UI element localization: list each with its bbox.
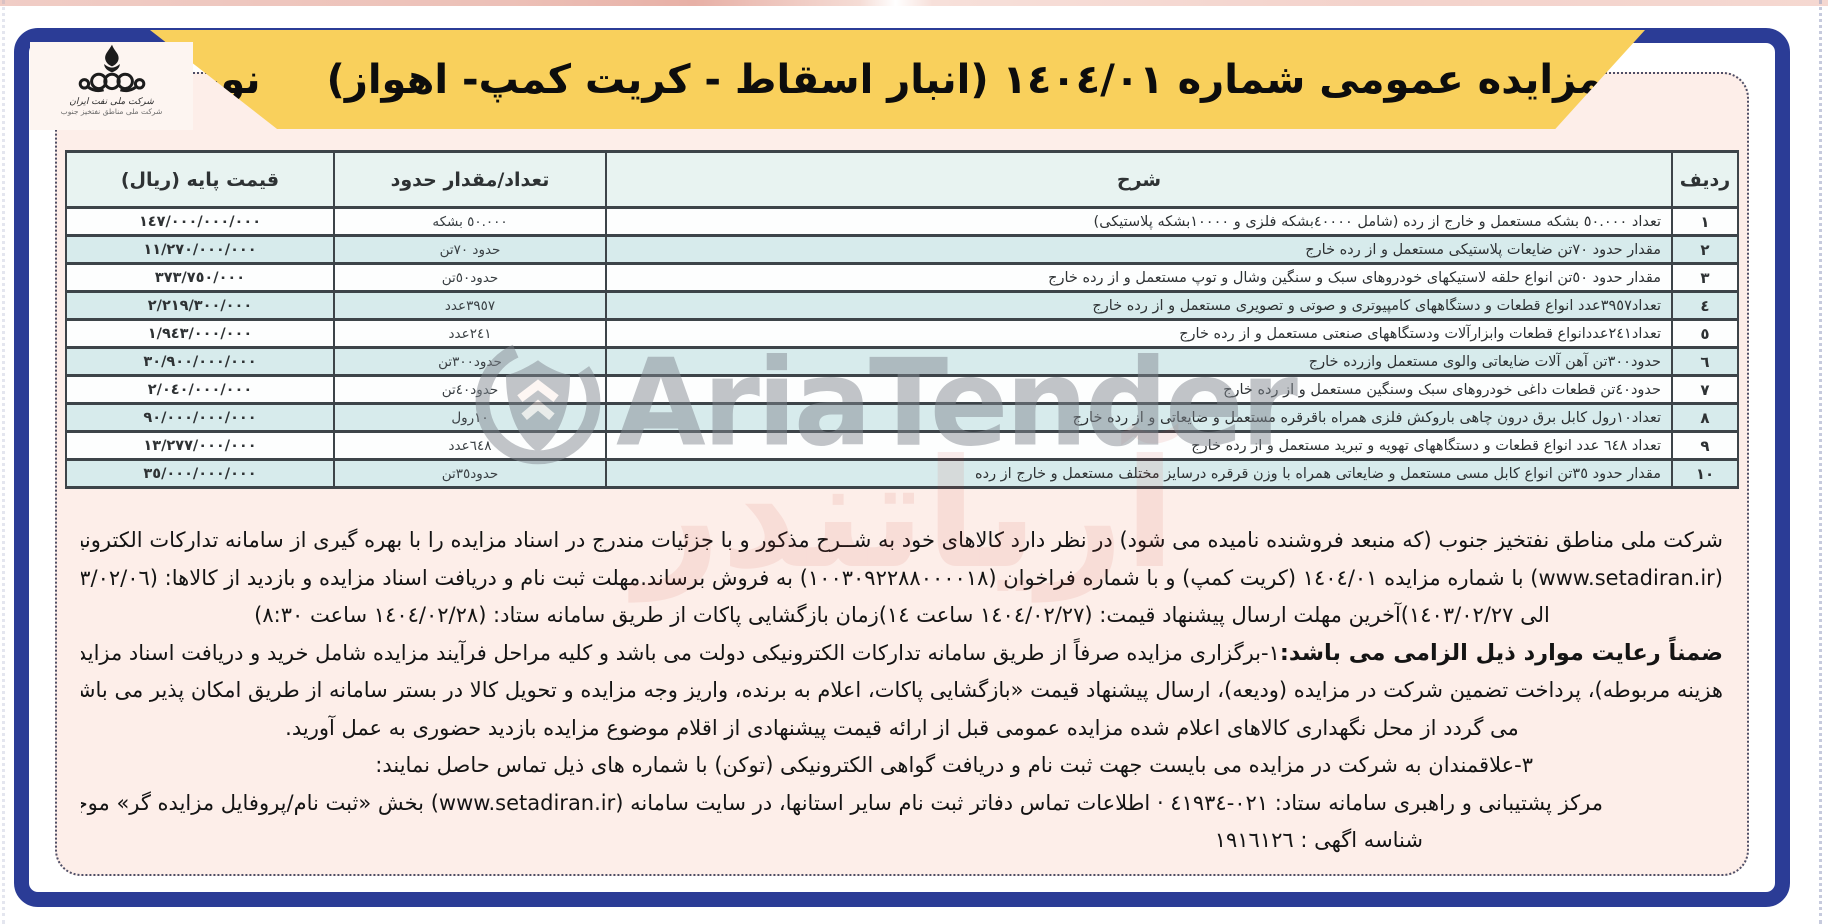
item-description: تعداد ٦٤٨ عدد انواع قطعات و دستگاههای ته… — [606, 432, 1672, 460]
terms-line: ضمناً رعایت موارد ذیل الزامی می باشد:١-ب… — [81, 635, 1723, 673]
item-description: مقدار حدود ٥٠تن انواع حلقه لاستیکهای خود… — [606, 264, 1672, 292]
advert-content-area: ردیف شرح تعداد/مقدار حدود قیمت پایه (ریا… — [55, 72, 1749, 876]
item-description: حدود٤٠تن قطعات داغی خودروهای سبک وسنگین … — [606, 376, 1672, 404]
table-row: ٨تعداد١٠رول کابل برق درون چاهی باروکش فل… — [66, 404, 1738, 432]
row-number: ٥ — [1672, 320, 1738, 348]
item-quantity: ٦٤٨عدد — [334, 432, 606, 460]
col-header-description: شرح — [606, 152, 1672, 208]
scan-top-edge-line — [0, 0, 1828, 6]
item-base-price: ٢/٢١٩/٣٠٠/٠٠٠ — [66, 292, 334, 320]
row-number: ٨ — [1672, 404, 1738, 432]
scan-perforation-right — [1819, 0, 1822, 924]
item-quantity: ٢٤١عدد — [334, 320, 606, 348]
table-header-row: ردیف شرح تعداد/مقدار حدود قیمت پایه (ریا… — [66, 152, 1738, 208]
item-quantity: حدود٥٠تن — [334, 264, 606, 292]
item-base-price: ٩٠/٠٠٠/٠٠٠/٠٠٠ — [66, 404, 334, 432]
item-base-price: ٣٧٣/٧٥٠/٠٠٠ — [66, 264, 334, 292]
nioc-flame-emblem-icon — [76, 44, 148, 96]
terms-line: مرکز پشتیبانی و راهبری سامانه ستاد: ٠٢١-… — [81, 785, 1603, 823]
item-quantity: حدود٤٠تن — [334, 376, 606, 404]
terms-line: شناسه اگهی : ١٩١٦١٢٦ — [81, 822, 1423, 860]
item-base-price: ١١/٢٧٠/٠٠٠/٠٠٠ — [66, 236, 334, 264]
item-quantity: ١٠رول — [334, 404, 606, 432]
row-number: ٧ — [1672, 376, 1738, 404]
auction-advert-scan: { "banner": { "title_main": "آگهی مزایده… — [0, 0, 1828, 924]
item-base-price: ١٣/٢٧٧/٠٠٠/٠٠٠ — [66, 432, 334, 460]
row-number: ٦ — [1672, 348, 1738, 376]
table-row: ٣مقدار حدود ٥٠تن انواع حلقه لاستیکهای خو… — [66, 264, 1738, 292]
terms-line: می گردد از محل نگهداری کالاهای اعلام شده… — [81, 710, 1723, 748]
item-base-price: ١/٩٤٣/٠٠٠/٠٠٠ — [66, 320, 334, 348]
col-header-row-number: ردیف — [1672, 152, 1738, 208]
table-row: ١تعداد ٥٠.٠٠٠ بشکه مستعمل و خارج از رده … — [66, 208, 1738, 236]
terms-line: شرکت ملی مناطق نفتخیز جنوب (که منبعد فرو… — [81, 522, 1723, 560]
item-base-price: ٣٥/٠٠٠/٠٠٠/٠٠٠ — [66, 460, 334, 488]
item-description: تعداد١٠رول کابل برق درون چاهی باروکش فلز… — [606, 404, 1672, 432]
item-description: تعداد٣٩٥٧عدد انواع قطعات و دستگاههای کام… — [606, 292, 1672, 320]
auction-items-table: ردیف شرح تعداد/مقدار حدود قیمت پایه (ریا… — [65, 150, 1739, 489]
item-description: مقدار حدود ٣٥تن انواع کابل مسی مستعمل و … — [606, 460, 1672, 488]
table-row: ٥تعداد٢٤١عددانواع قطعات وابزارآلات ودستگ… — [66, 320, 1738, 348]
table-row: ١٠مقدار حدود ٣٥تن انواع کابل مسی مستعمل … — [66, 460, 1738, 488]
table-row: ٦حدود٣٠٠تن آهن آلات ضایعاتی والوی مستعمل… — [66, 348, 1738, 376]
item-description: تعداد ٥٠.٠٠٠ بشکه مستعمل و خارج از رده (… — [606, 208, 1672, 236]
item-description: مقدار حدود ٧٠تن ضایعات پلاستیکی مستعمل و… — [606, 236, 1672, 264]
logo-caption-subtitle: شرکت ملی مناطق نفتخیز جنوب — [61, 107, 163, 116]
table-row: ٢مقدار حدود ٧٠تن ضایعات پلاستیکی مستعمل … — [66, 236, 1738, 264]
col-header-base-price: قیمت پایه (ریال) — [66, 152, 334, 208]
row-number: ٤ — [1672, 292, 1738, 320]
row-number: ٢ — [1672, 236, 1738, 264]
item-quantity: حدود ٧٠تن — [334, 236, 606, 264]
row-number: ٩ — [1672, 432, 1738, 460]
item-description: حدود٣٠٠تن آهن آلات ضایعاتی والوی مستعمل … — [606, 348, 1672, 376]
item-description: تعداد٢٤١عددانواع قطعات وابزارآلات ودستگا… — [606, 320, 1672, 348]
item-quantity: حدود٣٠٠تن — [334, 348, 606, 376]
terms-line: (www.setadiran.ir) با شماره مزایده ١٤٠٤/… — [81, 560, 1723, 598]
item-base-price: ١٤٧/٠٠٠/٠٠٠/٠٠٠ — [66, 208, 334, 236]
item-base-price: ٢/٠٤٠/٠٠٠/٠٠٠ — [66, 376, 334, 404]
row-number: ٣ — [1672, 264, 1738, 292]
company-logo: شرکت ملی نفت ایران شرکت ملی مناطق نفتخیز… — [30, 42, 193, 130]
item-quantity: ٣٩٥٧عدد — [334, 292, 606, 320]
table-row: ٤تعداد٣٩٥٧عدد انواع قطعات و دستگاههای کا… — [66, 292, 1738, 320]
page-title: آگهی مزایده عمومی شماره ١٤٠٤/٠١ (انبار ا… — [327, 57, 1721, 103]
scan-perforation-left — [2, 0, 5, 924]
terms-line: هزینه مربوطه)، پرداخت تضمین شرکت در مزای… — [81, 672, 1723, 710]
table-row: ٩تعداد ٦٤٨ عدد انواع قطعات و دستگاههای ت… — [66, 432, 1738, 460]
row-number: ١٠ — [1672, 460, 1738, 488]
col-header-quantity: تعداد/مقدار حدود — [334, 152, 606, 208]
table-row: ٧حدود٤٠تن قطعات داغی خودروهای سبک وسنگین… — [66, 376, 1738, 404]
title-banner: آگهی مزایده عمومی شماره ١٤٠٤/٠١ (انبار ا… — [150, 30, 1645, 129]
item-quantity: حدود٣٥تن — [334, 460, 606, 488]
item-base-price: ٣٠/٩٠٠/٠٠٠/٠٠٠ — [66, 348, 334, 376]
row-number: ١ — [1672, 208, 1738, 236]
item-quantity: ٥٠.٠٠٠ بشکه — [334, 208, 606, 236]
terms-line: الی ١٤٠٣/٠٢/٢٧)آخرین مهلت ارسال پیشنهاد … — [81, 597, 1723, 635]
terms-and-conditions-text: شرکت ملی مناطق نفتخیز جنوب (که منبعد فرو… — [81, 522, 1723, 862]
logo-caption-calligraphy: شرکت ملی نفت ایران — [69, 97, 154, 107]
terms-line: ٣-علاقمندان به شرکت در مزایده می بایست ج… — [81, 747, 1533, 785]
